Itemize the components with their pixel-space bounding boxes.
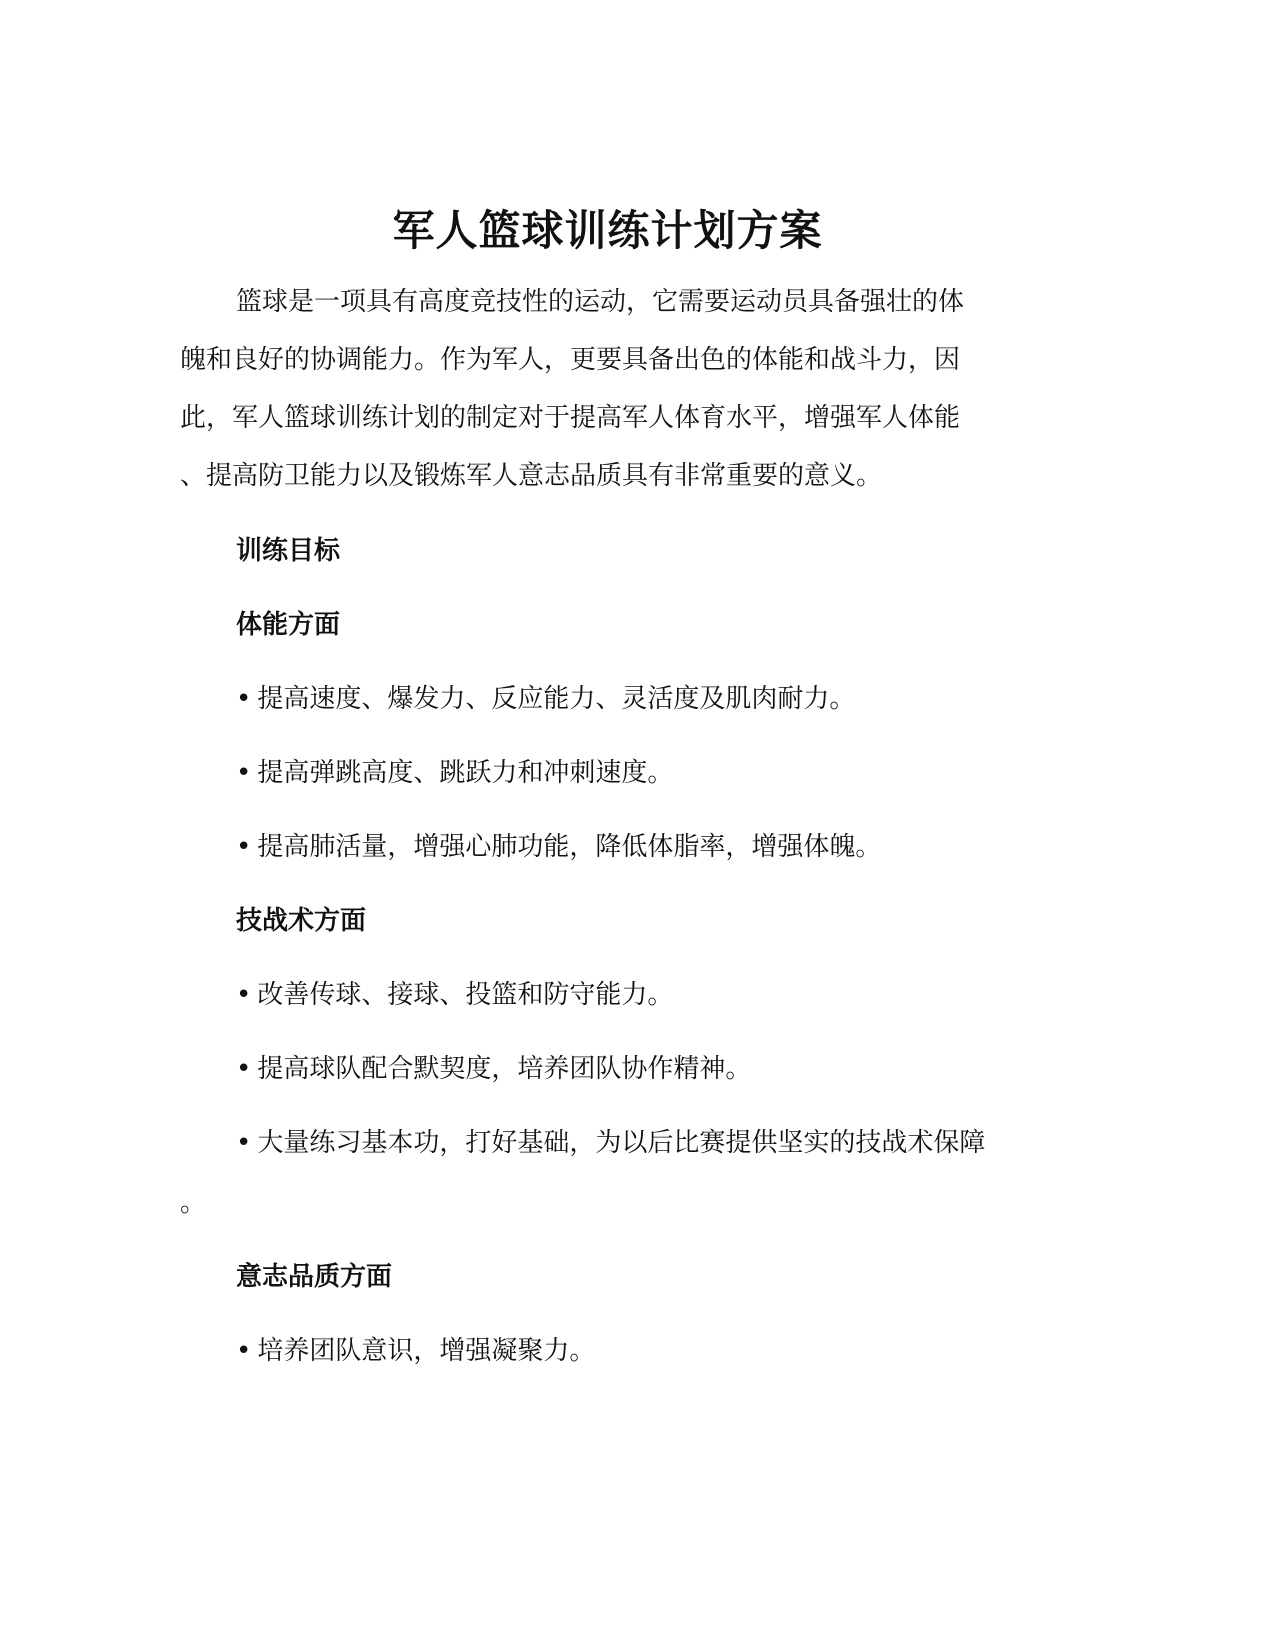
intro-line-4: 、提高防卫能力以及锻炼军人意志品质具有非常重要的意义。 (180, 459, 882, 493)
intro-line-3: 此，军人篮球训练计划的制定对于提高军人体育水平，增强军人体能 (180, 401, 960, 435)
list-item: •提高速度、爆发力、反应能力、灵活度及肌肉耐力。 (236, 682, 855, 716)
list-item: •提高球队配合默契度，培养团队协作精神。 (236, 1052, 751, 1086)
intro-line-1: 篮球是一项具有高度竞技性的运动，它需要运动员具备强壮的体 (236, 285, 964, 319)
list-item-text: 大量练习基本功，打好基础，为以后比赛提供坚实的技战术保障 (257, 1128, 985, 1158)
bullet-icon: • (236, 1126, 251, 1160)
list-item-text: 提高速度、爆发力、反应能力、灵活度及肌肉耐力。 (257, 684, 855, 714)
bullet-icon: • (236, 756, 251, 790)
list-item-text: 提高肺活量，增强心肺功能，降低体脂率，增强体魄。 (257, 832, 881, 862)
bullet-icon: • (236, 1334, 251, 1368)
list-item: •培养团队意识，增强凝聚力。 (236, 1334, 595, 1368)
bullet-icon: • (236, 830, 251, 864)
list-item-wrap-tail: 。 (180, 1186, 206, 1220)
bullet-icon: • (236, 978, 251, 1012)
list-item-text: 培养团队意识，增强凝聚力。 (257, 1336, 595, 1366)
section-heading-tactics: 技战术方面 (236, 904, 366, 938)
section-heading-goals: 训练目标 (236, 534, 340, 568)
list-item: •提高弹跳高度、跳跃力和冲刺速度。 (236, 756, 673, 790)
list-item-text: 提高弹跳高度、跳跃力和冲刺速度。 (257, 758, 673, 788)
list-item-text: 提高球队配合默契度，培养团队协作精神。 (257, 1054, 751, 1084)
section-heading-physical: 体能方面 (236, 608, 340, 642)
document-title: 军人篮球训练计划方案 (0, 205, 1215, 257)
bullet-icon: • (236, 682, 251, 716)
list-item: •改善传球、接球、投篮和防守能力。 (236, 978, 673, 1012)
list-item: •提高肺活量，增强心肺功能，降低体脂率，增强体魄。 (236, 830, 881, 864)
intro-line-2: 魄和良好的协调能力。作为军人，更要具备出色的体能和战斗力，因 (180, 343, 960, 377)
list-item-text: 改善传球、接球、投篮和防守能力。 (257, 980, 673, 1010)
list-item: •大量练习基本功，打好基础，为以后比赛提供坚实的技战术保障 (236, 1126, 985, 1160)
bullet-icon: • (236, 1052, 251, 1086)
section-heading-willpower: 意志品质方面 (236, 1260, 392, 1294)
